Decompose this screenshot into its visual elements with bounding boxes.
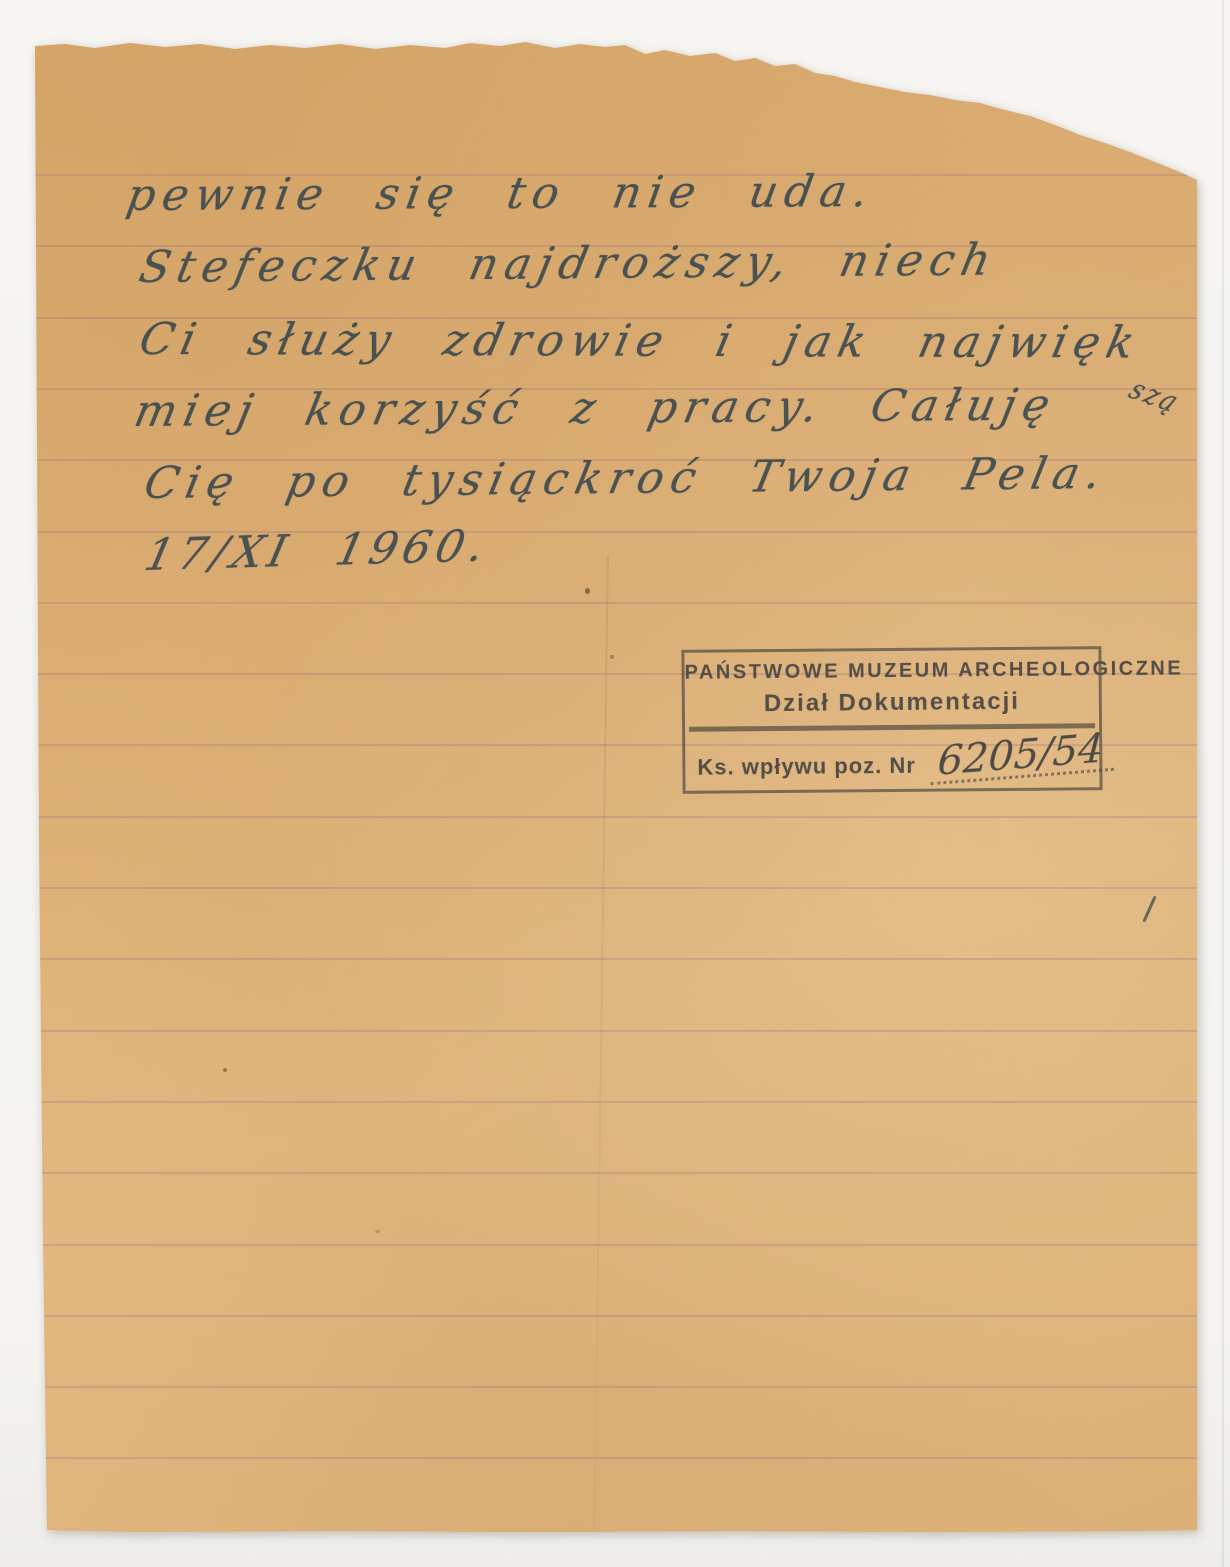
stamp-registry-number-handwritten: 6205/54 [931,729,1117,785]
stamp-registry-row: Ks. wpływu poz. Nr 6205/54 [685,728,1099,791]
ruled-line [35,958,1197,960]
handwritten-line-4: miej korzyść z pracy. Całuję [130,380,1061,437]
ruled-line [35,816,1197,818]
handwritten-line-5: Cię po tysiąckroć Twoja Pela. [140,448,1112,509]
handwritten-line-1: pewnie się to nie uda. [123,166,879,221]
paper-sheet: pewnie się to nie uda. Stefeczku najdroż… [35,40,1197,1534]
handwritten-date: 17/XI 1960. [140,521,494,581]
scanned-letter: pewnie się to nie uda. Stefeczku najdroż… [0,0,1230,1567]
ruled-line [35,602,1197,604]
ruled-line [35,1386,1197,1388]
ruled-line [35,1457,1197,1459]
paper-speck [375,1230,380,1233]
ruled-line [35,1315,1197,1317]
stamp-department: Dział Dokumentacji [685,681,1099,719]
ruled-line [35,1030,1197,1032]
ruled-line [35,1101,1197,1103]
stamp-institution: PAŃSTWOWE MUZEUM ARCHEOLOGICZNE [684,649,1098,685]
ruled-line [35,1172,1197,1174]
fold-crease [593,555,609,1545]
paper-speck [610,655,614,659]
paper-speck [223,1068,227,1072]
stamp-registry-label: Ks. wpływu poz. Nr [697,753,916,781]
stamp-border: PAŃSTWOWE MUZEUM ARCHEOLOGICZNE Dział Do… [681,646,1102,794]
stray-ink-mark [1142,896,1156,923]
ruled-line [35,887,1197,889]
paper-speck [585,588,590,594]
handwritten-line-3: Ci służy zdrowie i jak najwięk [135,314,1146,368]
handwritten-line-2: Stefeczku najdroższy, niech [135,235,1002,293]
handwritten-line-3-wrap: szą [1123,374,1186,420]
museum-accession-stamp: PAŃSTWOWE MUZEUM ARCHEOLOGICZNE Dział Do… [681,646,1102,794]
ruled-line [35,1244,1197,1246]
